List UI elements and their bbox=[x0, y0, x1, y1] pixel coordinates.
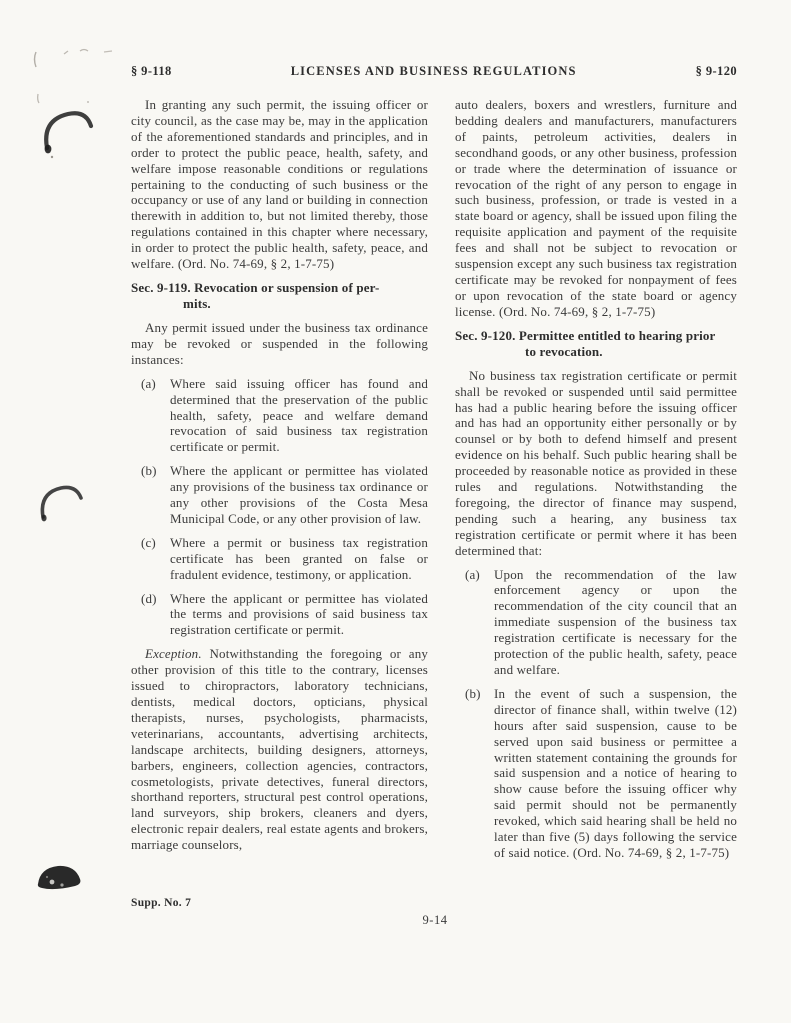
list-item-label: (a) bbox=[465, 567, 494, 678]
section-heading-9-120: Sec. 9-120. Permittee entitled to hearin… bbox=[455, 328, 737, 360]
paragraph-intro: In granting any such permit, the issuing… bbox=[131, 97, 428, 272]
heading-line: to revocation. bbox=[455, 344, 737, 360]
list-item-a: (a) Where said issuing officer has found… bbox=[131, 376, 428, 456]
list-item-text: Where the applicant or permittee has vio… bbox=[170, 463, 428, 527]
hole-punch-artifact bbox=[34, 862, 86, 896]
list-item-d: (d) Where the applicant or permittee has… bbox=[131, 591, 428, 639]
list-item-b: (b) Where the applicant or permittee has… bbox=[131, 463, 428, 527]
section-heading-9-119: Sec. 9-119. Revocation or suspension of … bbox=[131, 280, 428, 312]
page-title: LICENSES AND BUSINESS REGULATIONS bbox=[291, 64, 577, 79]
exception-text: Notwithstanding the foregoing or any oth… bbox=[131, 646, 428, 852]
list-item-label: (a) bbox=[141, 376, 170, 456]
paragraph: Any permit issued under the business tax… bbox=[131, 320, 428, 368]
list-item-text: Upon the recommendation of the law enfor… bbox=[494, 567, 737, 678]
heading-line: mits. bbox=[131, 296, 428, 312]
hole-punch-artifact bbox=[38, 106, 96, 160]
list-item-text: Where the applicant or permittee has vio… bbox=[170, 591, 428, 639]
list-item-c: (c) Where a permit or business tax regis… bbox=[131, 535, 428, 583]
page-header: § 9-118 LICENSES AND BUSINESS REGULATION… bbox=[131, 64, 737, 79]
list-item-a: (a) Upon the recommendation of the law e… bbox=[455, 567, 737, 678]
left-column: In granting any such permit, the issuing… bbox=[131, 97, 428, 869]
list-item-b: (b) In the event of such a suspension, t… bbox=[455, 686, 737, 861]
paragraph-continuation: auto dealers, boxers and wrestlers, furn… bbox=[455, 97, 737, 320]
hole-punch-artifact bbox=[36, 482, 86, 528]
exception-label: Exception. bbox=[145, 646, 202, 661]
paragraph-exception: Exception. Notwithstanding the foregoing… bbox=[131, 646, 428, 853]
list-item-text: Where said issuing officer has found and… bbox=[170, 376, 428, 456]
list-item-label: (b) bbox=[465, 686, 494, 861]
list-item-text: In the event of such a suspension, the d… bbox=[494, 686, 737, 861]
heading-line: Sec. 9-119. Revocation or suspension of … bbox=[131, 280, 428, 296]
pencil-marks-artifact bbox=[26, 42, 126, 112]
document-page: § 9-118 LICENSES AND BUSINESS REGULATION… bbox=[0, 0, 791, 1023]
header-section-left: § 9-118 bbox=[131, 64, 172, 79]
header-section-right: § 9-120 bbox=[696, 64, 737, 79]
list-item-label: (d) bbox=[141, 591, 170, 639]
list-item-text: Where a permit or business tax registrat… bbox=[170, 535, 428, 583]
list-item-label: (c) bbox=[141, 535, 170, 583]
supp-note: Supp. No. 7 bbox=[131, 897, 191, 909]
page-body: In granting any such permit, the issuing… bbox=[131, 97, 737, 869]
paragraph: No business tax registration certificate… bbox=[455, 368, 737, 559]
right-column: auto dealers, boxers and wrestlers, furn… bbox=[455, 97, 737, 869]
page-number: 9-14 bbox=[405, 913, 465, 928]
heading-line: Sec. 9-120. Permittee entitled to hearin… bbox=[455, 328, 737, 344]
list-item-label: (b) bbox=[141, 463, 170, 527]
